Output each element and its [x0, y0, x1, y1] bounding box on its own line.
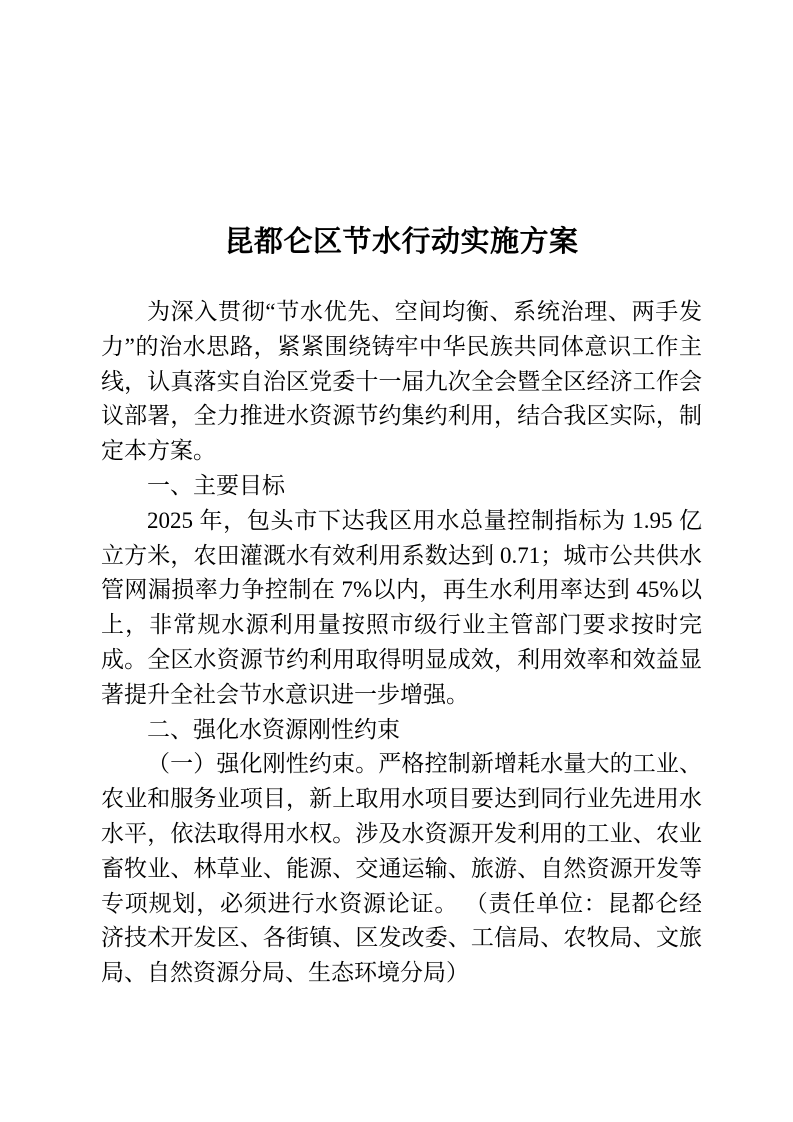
document-page: 昆都仑区节水行动实施方案 为深入贯彻“节水优先、空间均衡、系统治理、两手发力”的…	[0, 0, 793, 1122]
paragraph-main-goals: 2025 年，包头市下达我区用水总量控制指标为 1.95 亿立方米，农田灌溉水有…	[101, 504, 702, 713]
document-title: 昆都仑区节水行动实施方案	[101, 223, 702, 261]
document-body: 为深入贯彻“节水优先、空间均衡、系统治理、两手发力”的治水思路，紧紧围绕铸牢中华…	[101, 295, 702, 991]
section-heading-main-goals: 一、主要目标	[101, 469, 702, 504]
paragraph-preamble: 为深入贯彻“节水优先、空间均衡、系统治理、两手发力”的治水思路，紧紧围绕铸牢中华…	[101, 295, 702, 469]
paragraph-rigid-constraints: （一）强化刚性约束。严格控制新增耗水量大的工业、农业和服务业项目，新上取用水项目…	[101, 747, 702, 991]
section-heading-rigid-constraints: 二、强化水资源刚性约束	[101, 713, 702, 748]
